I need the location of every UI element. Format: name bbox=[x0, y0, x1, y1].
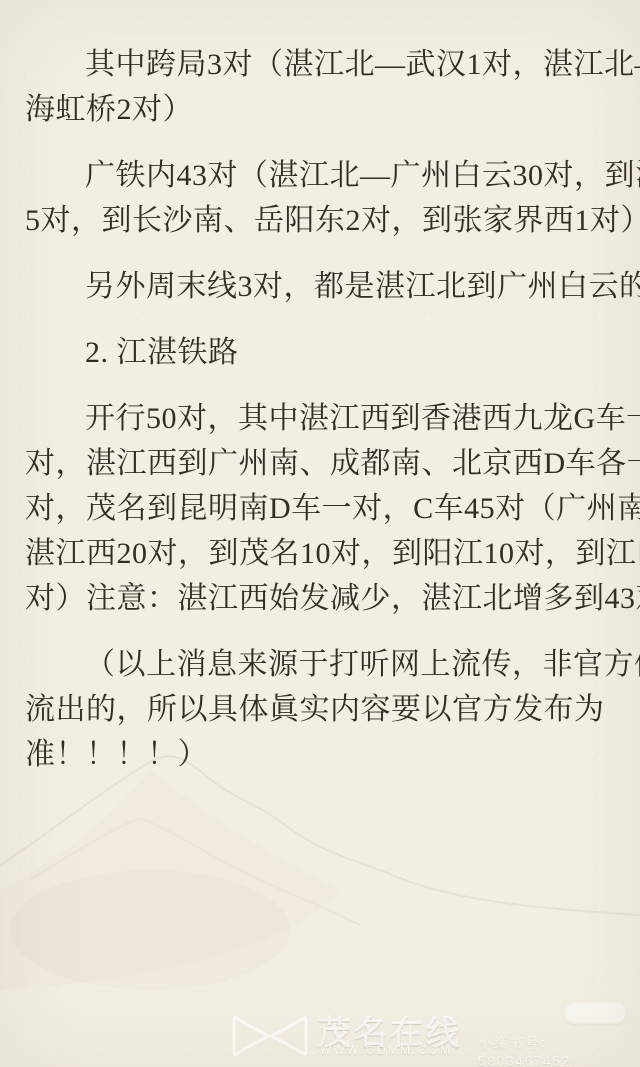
paper-page: { "page": { "background_color": "#f3eee3… bbox=[0, 0, 640, 1067]
text-line: 开行50对，其中湛江西到香港西九龙G车一 bbox=[25, 396, 620, 441]
text-line: 5对，到长沙南、岳阳东2对，到张家界西1对） bbox=[25, 198, 620, 243]
text-line: 海虹桥2对） bbox=[25, 87, 620, 132]
ink-mountain-watermark bbox=[0, 740, 640, 1020]
text-line: 2. 江湛铁路 bbox=[25, 330, 620, 375]
paragraph: 广铁内43对（湛江北—广州白云30对，到汕头 5对，到长沙南、岳阳东2对，到张家… bbox=[25, 153, 620, 243]
text-line: 广铁内43对（湛江北—广州白云30对，到汕头 bbox=[25, 153, 620, 198]
social-id-text: 小红书号：5803467452 bbox=[478, 1033, 640, 1067]
corner-badge bbox=[563, 1001, 627, 1024]
site-logo-icon bbox=[228, 1013, 312, 1059]
text-line: （以上消息来源于打听网上流传，非官方信息 bbox=[25, 642, 620, 687]
paragraph: 另外周末线3对，都是湛江北到广州白云的 bbox=[25, 264, 620, 309]
site-url: WWW.GDMM.COM bbox=[320, 1043, 452, 1057]
text-line: 湛江西20对，到茂名10对，到阳江10对，到江门5 bbox=[25, 531, 620, 576]
site-watermark: 茂名在线 WWW.GDMM.COM 小红书号：5803467452 bbox=[0, 995, 640, 1067]
site-name: 茂名在线 bbox=[318, 1007, 462, 1054]
paragraph: 开行50对，其中湛江西到香港西九龙G车一 对，湛江西到广州南、成都南、北京西D车… bbox=[25, 396, 620, 621]
text-line: 对，茂名到昆明南D车一对，C车45对（广州南到 bbox=[25, 486, 620, 531]
text-line: 流出的，所以具体眞实内容要以官方发布为 bbox=[25, 687, 620, 732]
text-line: 准！！！！） bbox=[25, 732, 620, 777]
text-line: 其中跨局3对（湛江北—武汉1对，湛江北—上 bbox=[25, 42, 620, 87]
paragraph: （以上消息来源于打听网上流传，非官方信息 流出的，所以具体眞实内容要以官方发布为… bbox=[25, 642, 620, 777]
article-text: 其中跨局3对（湛江北—武汉1对，湛江北—上 海虹桥2对） 广铁内43对（湛江北—… bbox=[0, 0, 640, 777]
paragraph: 其中跨局3对（湛江北—武汉1对，湛江北—上 海虹桥2对） bbox=[25, 42, 620, 132]
text-line: 另外周末线3对，都是湛江北到广州白云的 bbox=[25, 264, 620, 309]
text-line: 对，湛江西到广州南、成都南、北京西D车各一 bbox=[25, 441, 620, 486]
paragraph: 2. 江湛铁路 bbox=[25, 330, 620, 375]
text-line: 对）注意：湛江西始发减少，湛江北增多到43对 bbox=[25, 576, 620, 621]
